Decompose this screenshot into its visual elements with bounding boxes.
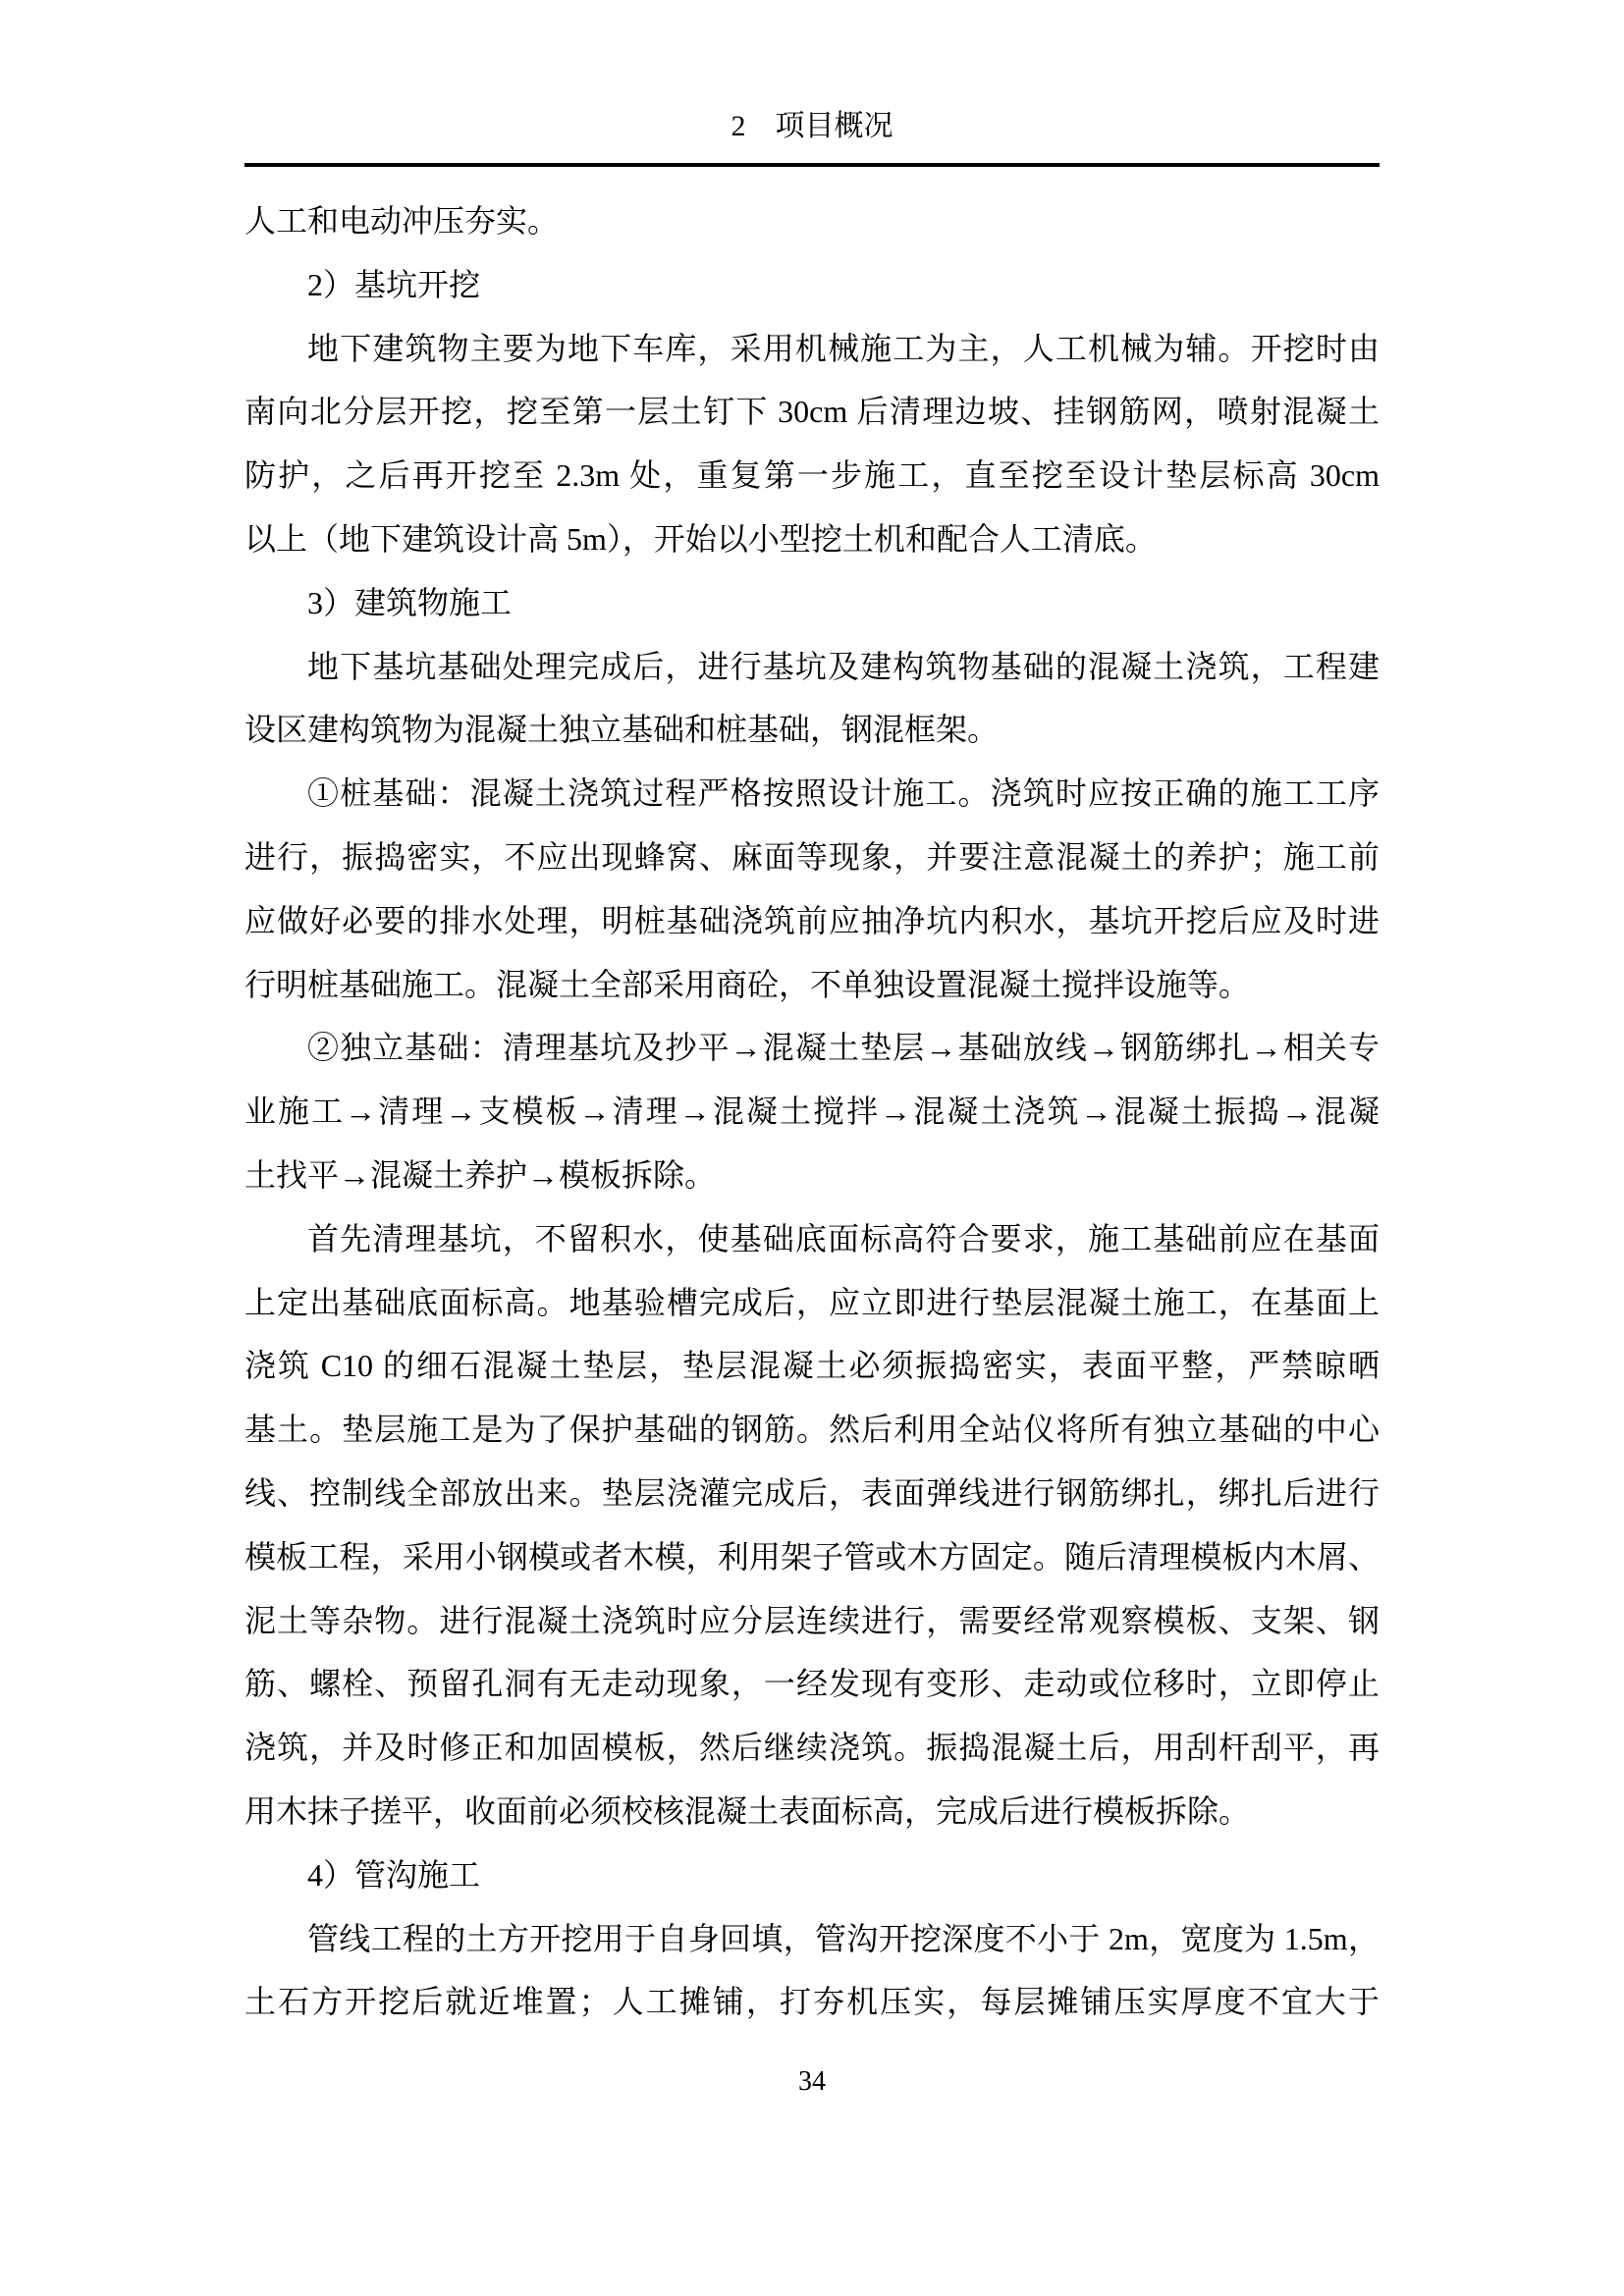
document-page: 2 项目概况 人工和电动冲压夯实。 2）基坑开挖 地下建筑物主要为地下车库，采用…: [0, 0, 1624, 2296]
text-line: 模板工程，采用小钢模或者木模，利用架子管或木方固定。随后清理模板内木屑、: [244, 1525, 1380, 1589]
text-line: 行明桩基础施工。混凝土全部采用商砼，不单独设置混凝土搅拌设施等。: [244, 953, 1380, 1017]
text-line: 基土。垫层施工是为了保护基础的钢筋。然后利用全站仪将所有独立基础的中心: [244, 1398, 1380, 1462]
text-line: 人工和电动冲压夯实。: [244, 189, 1380, 253]
text-line-subheading: 2）基坑开挖: [244, 253, 1380, 317]
text-line: 土找平→混凝土养护→模板拆除。: [244, 1144, 1380, 1207]
page-footer: 34: [244, 2065, 1380, 2099]
text-line: 防护，之后再开挖至 2.3m 处，重复第一步施工，直至挖至设计垫层标高 30cm: [244, 444, 1380, 507]
text-line: 线、控制线全部放出来。垫层浇灌完成后，表面弹线进行钢筋绑扎，绑扎后进行: [244, 1462, 1380, 1525]
text-line: ②独立基础：清理基坑及抄平→混凝土垫层→基础放线→钢筋绑扎→相关专: [244, 1016, 1380, 1080]
text-line: 地下建筑物主要为地下车库，采用机械施工为主，人工机械为辅。开挖时由: [244, 317, 1380, 381]
text-line: 地下基坑基础处理完成后，进行基坑及建构筑物基础的混凝土浇筑，工程建: [244, 635, 1380, 699]
text-line-subheading: 4）管沟施工: [244, 1843, 1380, 1907]
text-line: 浇筑 C10 的细石混凝土垫层，垫层混凝土必须振捣密实，表面平整，严禁晾晒: [244, 1334, 1380, 1398]
text-line: 泥土等杂物。进行混凝土浇筑时应分层连续进行，需要经常观察模板、支架、钢: [244, 1589, 1380, 1653]
text-line: 南向北分层开挖，挖至第一层土钉下 30cm 后清理边坡、挂钢筋网，喷射混凝土: [244, 380, 1380, 444]
text-line: 土石方开挖后就近堆置；人工摊铺，打夯机压实，每层摊铺压实厚度不宜大于: [244, 1970, 1380, 2034]
text-line: 以上（地下建筑设计高 5m），开始以小型挖土机和配合人工清底。: [244, 507, 1380, 571]
chapter-heading: 2 项目概况: [244, 108, 1380, 145]
page-number: 34: [798, 2066, 826, 2097]
text-line: 筋、螺栓、预留孔洞有无走动现象，一经发现有变形、走动或位移时，立即停止: [244, 1652, 1380, 1716]
text-line: 浇筑，并及时修正和加固模板，然后继续浇筑。振捣混凝土后，用刮杆刮平，再: [244, 1716, 1380, 1780]
text-line: 用木抹子搓平，收面前必须校核混凝土表面标高，完成后进行模板拆除。: [244, 1780, 1380, 1843]
text-line-subheading: 3）建筑物施工: [244, 571, 1380, 635]
text-line: 上定出基础底面标高。地基验槽完成后，应立即进行垫层混凝土施工，在基面上: [244, 1271, 1380, 1335]
header-divider: [244, 163, 1380, 167]
text-line: ①桩基础：混凝土浇筑过程严格按照设计施工。浇筑时应按正确的施工工序: [244, 762, 1380, 826]
text-line: 首先清理基坑，不留积水，使基础底面标高符合要求，施工基础前应在基面: [244, 1207, 1380, 1271]
text-line: 业施工→清理→支模板→清理→混凝土搅拌→混凝土浇筑→混凝土振捣→混凝: [244, 1080, 1380, 1144]
text-line: 管线工程的土方开挖用于自身回填，管沟开挖深度不小于 2m，宽度为 1.5m，: [244, 1907, 1380, 1971]
text-line: 进行，振捣密实，不应出现蜂窝、麻面等现象，并要注意混凝土的养护；施工前: [244, 826, 1380, 889]
text-line: 应做好必要的排水处理，明桩基础浇筑前应抽净坑内积水，基坑开挖后应及时进: [244, 889, 1380, 953]
text-line: 设区建构筑物为混凝土独立基础和桩基础，钢混框架。: [244, 698, 1380, 762]
page-body: 人工和电动冲压夯实。 2）基坑开挖 地下建筑物主要为地下车库，采用机械施工为主，…: [244, 189, 1380, 2034]
